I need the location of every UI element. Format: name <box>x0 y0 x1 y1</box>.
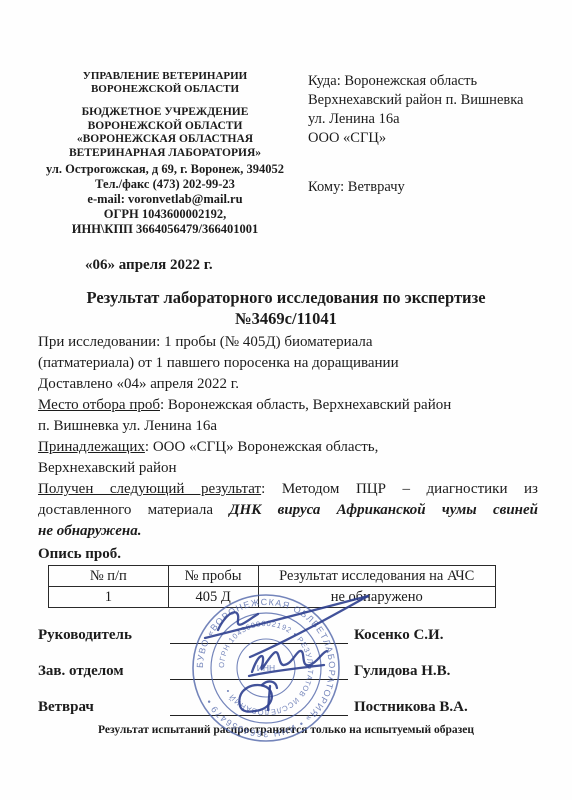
signatory-name: Косенко С.И. <box>354 627 443 644</box>
signatory-role: Ветврач <box>38 699 170 716</box>
signature-line <box>170 661 348 680</box>
sampling-place-value: : Воронежская область, Верхнехавский рай… <box>160 397 451 413</box>
signature-line <box>170 697 348 716</box>
sender-contacts: ул. Острогожская, д 69, г. Воронеж, 3940… <box>34 162 296 237</box>
signatory-name: Гулидова Н.В. <box>354 663 450 680</box>
letterhead: УПРАВЛЕНИЕ ВЕТЕРИНАРИИ ВОРОНЕЖСКОЙ ОБЛАС… <box>0 0 572 237</box>
table-row: 1 405 Д не обнаружено <box>49 587 496 608</box>
column-header: № пробы <box>168 566 258 587</box>
sender-authority-line: ВОРОНЕЖСКОЙ ОБЛАСТИ <box>34 83 296 96</box>
sender-block: УПРАВЛЕНИЕ ВЕТЕРИНАРИИ ВОРОНЕЖСКОЙ ОБЛАС… <box>34 70 296 237</box>
recipient-block: Куда: Воронежская область Верхнехавский … <box>308 70 523 237</box>
result-label: Получен следующий результат <box>38 481 261 497</box>
table-header-row: № п/п № пробы Результат исследования на … <box>49 566 496 587</box>
body-line: Верхнехавский район <box>38 458 538 479</box>
sender-authority: УПРАВЛЕНИЕ ВЕТЕРИНАРИИ ВОРОНЕЖСКОЙ ОБЛАС… <box>34 70 296 96</box>
result-text: доставленного материала <box>38 502 229 518</box>
column-header: Результат исследования на АЧС <box>258 566 496 587</box>
document-page: УПРАВЛЕНИЕ ВЕТЕРИНАРИИ ВОРОНЕЖСКОЙ ОБЛАС… <box>0 0 572 800</box>
sender-email: e-mail: voronvetlab@mail.ru <box>34 192 296 207</box>
body-line: (патматериала) от 1 павшего поросенка на… <box>38 353 538 374</box>
recipient-line: ул. Ленина 16а <box>308 110 523 129</box>
recipient-attention: Кому: Ветврачу <box>308 178 523 197</box>
sender-phone: Тел./факс (473) 202-99-23 <box>34 177 296 192</box>
sender-address: ул. Острогожская, д 69, г. Воронеж, 3940… <box>34 162 296 177</box>
result-method: : Методом ПЦР – диагностики из <box>261 481 538 497</box>
column-header: № п/п <box>49 566 169 587</box>
sender-institution: БЮДЖЕТНОЕ УЧРЕЖДЕНИЕ ВОРОНЕЖСКОЙ ОБЛАСТИ… <box>34 106 296 160</box>
page-title: Результат лабораторного исследования по … <box>0 287 572 329</box>
title-number: №3469с/11041 <box>0 308 572 329</box>
signature-line <box>170 625 348 644</box>
recipient-line: Куда: Воронежская область <box>308 72 523 91</box>
sender-ogrn: ОГРН 1043600002192, <box>34 207 296 222</box>
body-line: Принадлежащих: ООО «СГЦ» Воронежская обл… <box>38 437 538 458</box>
sender-authority-line: УПРАВЛЕНИЕ ВЕТЕРИНАРИИ <box>34 70 296 83</box>
title-line: Результат лабораторного исследования по … <box>0 287 572 308</box>
sample-result-cell: не обнаружено <box>258 587 496 608</box>
signature-row: Руководитель Косенко С.И. <box>38 622 572 644</box>
signatory-name: Постникова В.А. <box>354 699 468 716</box>
document-date: «06» апреля 2022 г. <box>85 257 572 274</box>
sender-institution-line: «ВОРОНЕЖСКАЯ ОБЛАСТНАЯ <box>34 133 296 147</box>
recipient-line: Верхнехавский район п. Вишневка <box>308 91 523 110</box>
signature-row: Зав. отделом Гулидова Н.В. <box>38 658 572 680</box>
body-line: При исследовании: 1 пробы (№ 405Д) биома… <box>38 332 538 353</box>
body-line: Получен следующий результат: Методом ПЦР… <box>38 479 538 500</box>
body-line: не обнаружена. <box>38 521 538 542</box>
result-emphasis: ДНК вируса Африканской чумы свиней <box>229 502 538 518</box>
sender-institution-line: ВОРОНЕЖСКОЙ ОБЛАСТИ <box>34 120 296 134</box>
owner-label: Принадлежащих <box>38 439 145 455</box>
body-line: Доставлено «04» апреля 2022 г. <box>38 374 538 395</box>
body-line: п. Вишневка ул. Ленина 16а <box>38 416 538 437</box>
result-conclusion: не обнаружена. <box>38 523 141 539</box>
body-line: доставленного материала ДНК вируса Африк… <box>38 500 538 521</box>
sender-inn-kpp: ИНН\КПП 3664056479/366401001 <box>34 222 296 237</box>
sample-index-cell: 1 <box>49 587 169 608</box>
samples-table: № п/п № пробы Результат исследования на … <box>48 565 496 608</box>
owner-value: : ООО «СГЦ» Воронежская область, <box>145 439 378 455</box>
sender-institution-line: ВЕТЕРИНАРНАЯ ЛАБОРАТОРИЯ» <box>34 147 296 161</box>
sampling-place-label: Место отбора проб <box>38 397 160 413</box>
body-line: Место отбора проб: Воронежская область, … <box>38 395 538 416</box>
body-text: При исследовании: 1 пробы (№ 405Д) биома… <box>38 332 538 542</box>
sender-institution-line: БЮДЖЕТНОЕ УЧРЕЖДЕНИЕ <box>34 106 296 120</box>
samples-heading: Опись проб. <box>38 546 572 563</box>
recipient-line: ООО «СГЦ» <box>308 129 523 148</box>
sample-number-cell: 405 Д <box>168 587 258 608</box>
disclaimer-note: Результат испытаний распространяется тол… <box>0 724 572 736</box>
signatory-role: Руководитель <box>38 627 170 644</box>
signature-row: Ветврач Постникова В.А. <box>38 694 572 716</box>
signatory-role: Зав. отделом <box>38 663 170 680</box>
